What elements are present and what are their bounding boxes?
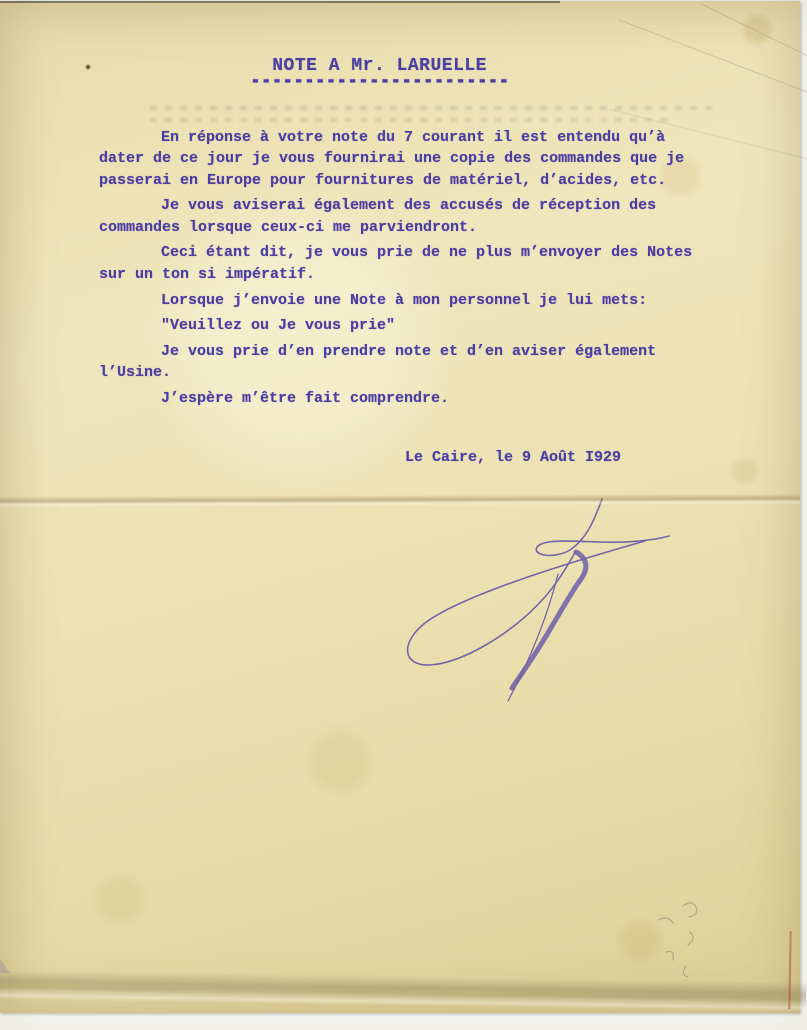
corner-crease [700,3,807,62]
handwritten-signature-flourish-icon [390,496,690,711]
letter-header: NOTE A Mr. LARUELLE --------------------… [250,56,509,92]
paragraph: Je vous aviserai également des accusés d… [99,195,705,238]
scan-edge-shadow [0,1,560,3]
erased-typewritten-smudge [150,118,670,122]
paragraph: Je vous prie d’en prendre note et d’en a… [99,341,705,384]
corner-crease [618,19,807,98]
letter-body: En réponse à votre note du 7 courant il … [99,127,705,414]
paragraph: J’espère m’être fait comprendre. [99,388,705,409]
pencil-scribbles-icon [628,894,728,986]
title-underline: ------------------------ [250,67,509,97]
paragraph: Lorsque j’envoie une Note à mon personne… [99,290,705,311]
quote-line: "Veuillez ou Je vous prie" [99,315,705,336]
paragraph: En réponse à votre note du 7 courant il … [99,127,705,191]
paper-edge-notch [0,959,10,973]
scanned-letter: NOTE A Mr. LARUELLE --------------------… [0,0,807,1030]
red-ink-mark [788,931,791,1009]
dateline: Le Caire, le 9 Août I929 [405,449,621,466]
paper-sheet: NOTE A Mr. LARUELLE --------------------… [0,1,800,1013]
paragraph: Ceci étant dit, je vous prie de ne plus … [99,242,705,285]
erased-typewritten-smudge [150,106,715,110]
